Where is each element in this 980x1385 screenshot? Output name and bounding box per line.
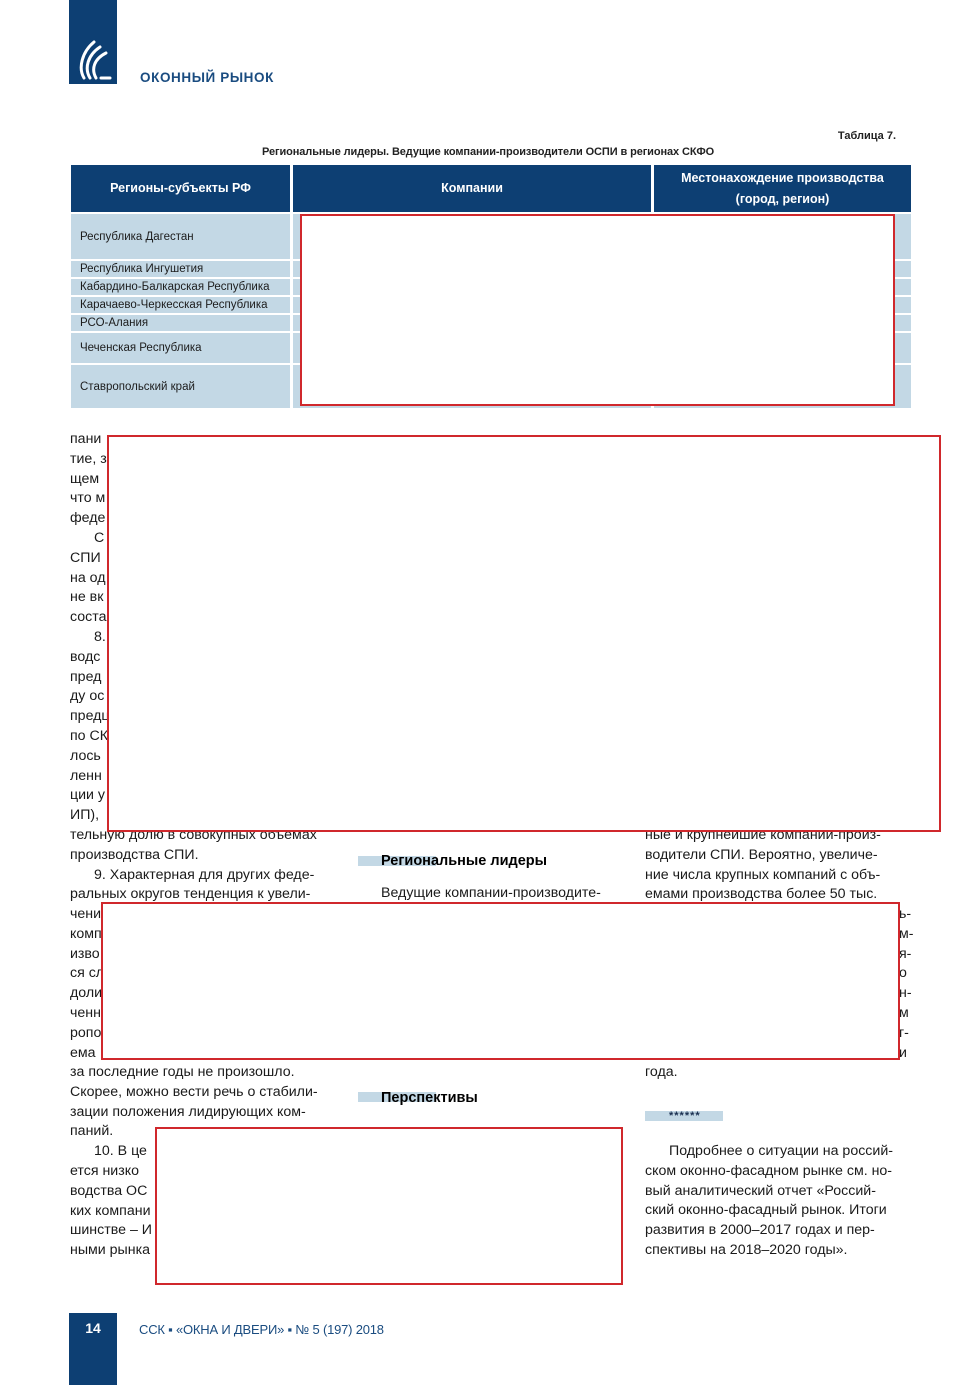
column-header-location-line2: (город, регион) bbox=[681, 189, 884, 210]
region-cell: Республика Дагестан bbox=[71, 214, 290, 259]
subheading-regional-leaders: Региональные лидеры bbox=[381, 853, 547, 869]
table-title: Региональные лидеры. Ведущие компании-пр… bbox=[262, 146, 714, 158]
subheading-perspectives: Перспективы bbox=[381, 1090, 478, 1106]
column-header-location: Местонахождение производства (город, рег… bbox=[654, 165, 911, 212]
column1-block5: ется низко водства ОС ких компани шинств… bbox=[70, 1162, 152, 1261]
column3-edge-chars: ь- м- я- о н- м г- и bbox=[899, 905, 913, 1063]
redacted-region bbox=[107, 435, 941, 832]
column3-block1: ные и крупнейшие компании-произ- водител… bbox=[645, 826, 881, 905]
page-number: 14 bbox=[69, 1320, 117, 1336]
column2-paragraph: Ведущие компании-производите- bbox=[381, 884, 601, 904]
column-header-location-line1: Местонахождение производства bbox=[681, 168, 884, 189]
separator-stars: ****** bbox=[669, 1110, 701, 1122]
redacted-region bbox=[101, 902, 900, 1060]
region-cell: Ставропольский край bbox=[71, 365, 290, 408]
column1-block2: тельную долю в совокупных объемах произв… bbox=[70, 826, 317, 905]
region-cell: Чеченская Республика bbox=[71, 333, 290, 363]
region-cell: Карачаево-Черкесская Республика bbox=[71, 297, 290, 313]
region-cell: Кабардино-Балкарская Республика bbox=[71, 279, 290, 295]
column1-block3: чени комп изво ся сл доли ченн ропо ема bbox=[70, 905, 104, 1063]
redacted-region bbox=[155, 1127, 623, 1285]
table-number: Таблица 7. bbox=[838, 130, 896, 142]
column3-closing: Подробнее о ситуации на россий- ском око… bbox=[645, 1142, 893, 1261]
column3-block2-end: года. bbox=[645, 1063, 678, 1083]
region-cell: Республика Ингушетия bbox=[71, 261, 290, 277]
column-header-regions: Регионы-субъекты РФ bbox=[71, 165, 290, 212]
redacted-region bbox=[300, 214, 895, 406]
region-cell: РСО-Алания bbox=[71, 315, 290, 331]
publication-info: ССК ▪ «ОКНА И ДВЕРИ» ▪ № 5 (197) 2018 bbox=[139, 1322, 384, 1337]
publisher-logo-icon bbox=[74, 38, 112, 80]
column-header-companies: Компании bbox=[293, 165, 651, 212]
column1-block1: пани тие, з щем что м феде С СПИ на од н… bbox=[70, 430, 110, 826]
section-title: ОКОННЫЙ РЫНОК bbox=[140, 70, 274, 85]
